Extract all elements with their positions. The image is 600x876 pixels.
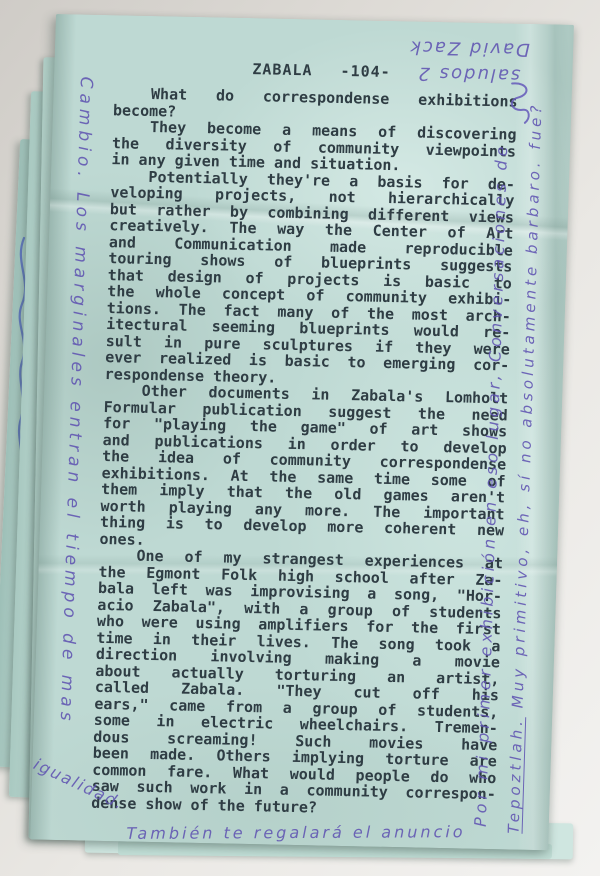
typed-text-body: What do correspondense exhibitionsbecome… bbox=[91, 85, 518, 819]
annotation-bottom: También te regalará el anuncio bbox=[126, 822, 465, 843]
page-title: ZABALA bbox=[252, 60, 313, 79]
ink-mark-icon bbox=[505, 79, 536, 126]
photo-background: ZABALA-104- What do correspondense exhib… bbox=[0, 0, 600, 876]
page-header: ZABALA-104- bbox=[252, 60, 391, 81]
annotation-left-margin: Cambio. Los marginales entran el tiempo … bbox=[54, 76, 96, 786]
annotation-underlined-word: Tepoztlah. bbox=[505, 717, 527, 834]
letter-sheet: ZABALA-104- What do correspondense exhib… bbox=[30, 14, 574, 850]
